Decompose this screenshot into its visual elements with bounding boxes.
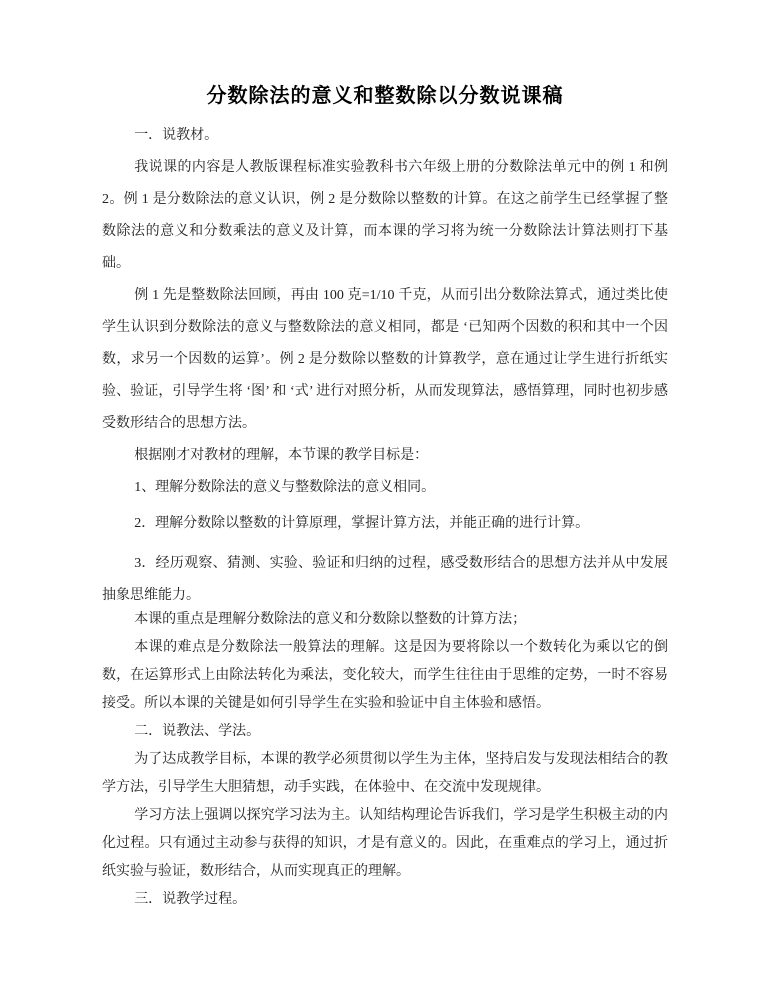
paragraph-difficult-point: 本课的难点是分数除法一般算法的理解。这是因为要将除以一个数转化为乘以它的倒数，在… (102, 634, 668, 718)
paragraph-goals-lead-in: 根据刚才对教材的理解，本节课的教学目标是： (102, 440, 668, 472)
document-page: 分数除法的意义和整数除以分数说课稿 一．说教材。 我说课的内容是人教版课程标准实… (0, 0, 770, 1000)
list-item-goal-2: 2．理解分数除以整数的计算原理，掌握计算方法，并能正确的进行计算。 (102, 508, 668, 540)
section-heading-3: 三．说教学过程。 (102, 886, 668, 914)
list-item-goal-3: 3．经历观察、猜测、实验、验证和归纳的过程，感受数形结合的思想方法并从中发展抽象… (102, 548, 668, 612)
paragraph-learning-method: 学习方法上强调以探究学习法为主。认知结构理论告诉我们，学习是学生积极主动的内化过… (102, 802, 668, 886)
section-heading-1: 一．说教材。 (102, 120, 668, 152)
paragraph-teaching-method: 为了达成教学目标，本课的教学必须贯彻以学生为主体，坚持启发与发现法相结合的教学方… (102, 746, 668, 802)
list-item-goal-1: 1、理解分数除法的意义与整数除法的意义相同。 (102, 472, 668, 504)
paragraph-teaching-material-intro: 我说课的内容是人教版课程标准实验教科书六年级上册的分数除法单元中的例 1 和例 … (102, 152, 668, 280)
section-heading-2: 二．说教法、学法。 (102, 718, 668, 746)
document-content: 分数除法的意义和整数除以分数说课稿 一．说教材。 我说课的内容是人教版课程标准实… (0, 0, 770, 914)
paragraph-example-analysis: 例 1 先是整数除法回顾，再由 100 克=1/10 千克，从而引出分数除法算式… (102, 280, 668, 440)
paragraph-key-point: 本课的重点是理解分数除法的意义和分数除以整数的计算方法； (102, 606, 668, 634)
document-title: 分数除法的意义和整数除以分数说课稿 (102, 80, 668, 112)
